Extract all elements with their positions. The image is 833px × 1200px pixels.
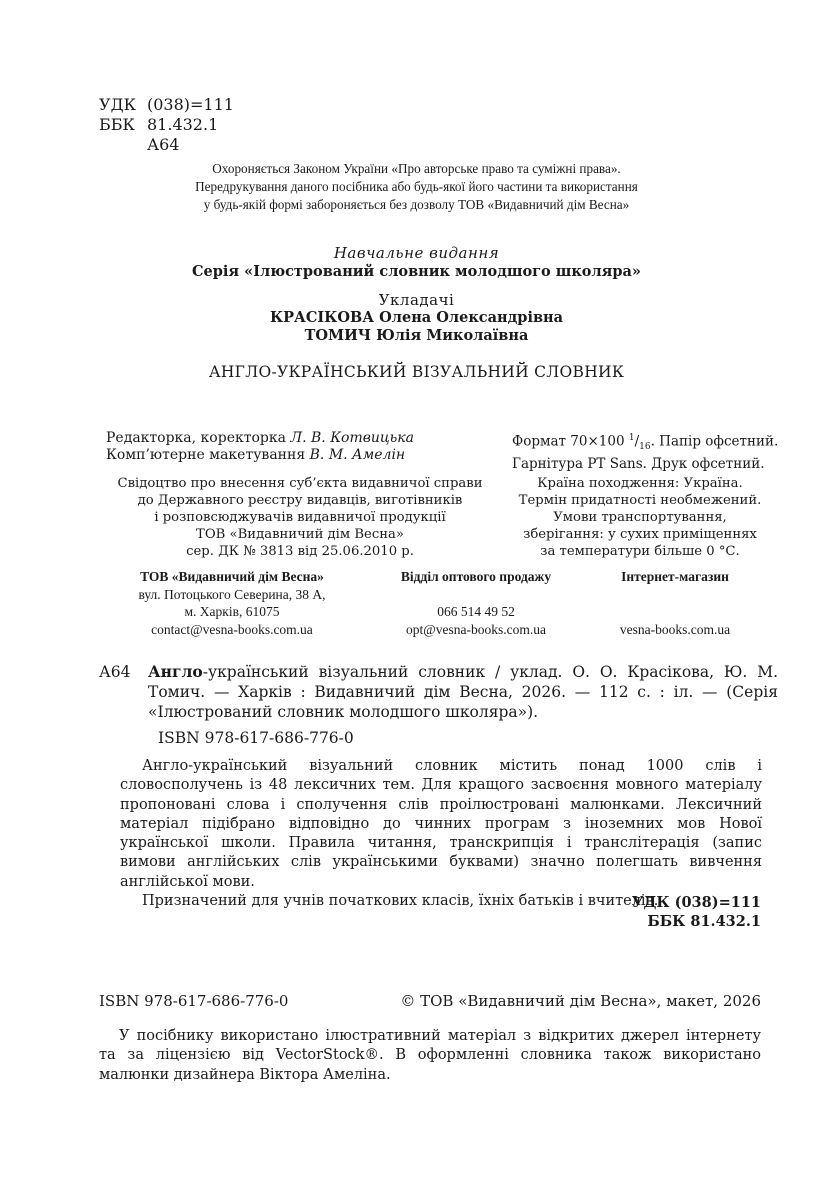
notice-line: Передрукування даного посібника або будь… — [0, 178, 833, 196]
abstract-paragraph: Англо-український візуальний словник міс… — [120, 757, 762, 892]
isbn: ISBN 978-617-686-776-0 — [158, 728, 354, 748]
fraction-numerator: 1 — [629, 433, 635, 443]
classification-bottom: УДК (038)=111 ББК 81.432.1 — [632, 893, 761, 931]
footer-copyright: © ТОВ «Видавничий дім Весна», макет, 202… — [400, 991, 761, 1011]
footer-isbn: ISBN 978-617-686-776-0 — [99, 991, 288, 1011]
origin-line: за температури більше 0 °С. — [500, 543, 780, 560]
compilers-label: Укладачі — [0, 290, 833, 310]
copyright-notice: Охороняється Законом України «Про авторс… — [0, 160, 833, 214]
wholesale-email[interactable]: opt@vesna-books.com.ua — [376, 621, 576, 639]
notice-line: Охороняється Законом України «Про авторс… — [0, 160, 833, 178]
paper-type: . Папір офсетний. — [651, 434, 779, 450]
publisher-street: вул. Потоцького Северина, 38 А, — [112, 586, 352, 604]
udk-value: (038)=111 — [147, 95, 234, 114]
certificate-line: і розповсюджувачів видавничої продукції — [100, 509, 500, 526]
editor-label: Редакторка, коректорка — [106, 430, 286, 446]
certificate-line: сер. ДК № 3813 від 25.06.2010 р. — [100, 543, 500, 560]
layout-credit: Комп’ютерне макетування В. М. Амелін — [106, 447, 414, 464]
layout-label: Комп’ютерне макетування — [106, 447, 305, 463]
typeface-line: Гарнітура PT Sans. Друк офсетний. — [512, 456, 778, 473]
format-line: Формат 70×100 1/16. Папір офсетний. — [512, 430, 778, 456]
origin-line: Країна походження: Україна. — [500, 475, 780, 492]
notice-line: у будь-якій формі забороняється без дозв… — [0, 196, 833, 214]
publisher-contacts: ТОВ «Видавничий дім Весна» вул. Потоцько… — [112, 568, 352, 638]
bibliographic-code: А64 — [99, 662, 130, 682]
shop-url[interactable]: vesna-books.com.ua — [590, 621, 760, 639]
book-title: АНГЛО-УКРАЇНСЬКИЙ ВІЗУАЛЬНИЙ СЛОВНИК — [0, 362, 833, 382]
compiler-name: КРАСІКОВА Олена Олександрівна — [0, 308, 833, 327]
wholesale-phone[interactable]: 066 514 49 52 — [376, 603, 576, 621]
credits: Редакторка, коректорка Л. В. Котвицька К… — [106, 430, 414, 464]
bbk-label: ББК — [99, 115, 147, 135]
series-title: Серія «Ілюстрований словник молодшого шк… — [0, 262, 833, 282]
classification-codes: УДК(038)=111 ББК81.432.1 А64 — [99, 95, 234, 155]
compiler-name: ТОМИЧ Юлія Миколаївна — [0, 326, 833, 345]
shop-heading: Інтернет-магазин — [590, 568, 760, 586]
origin-info: Країна походження: Україна. Термін прида… — [500, 475, 780, 560]
print-format: Формат 70×100 1/16. Папір офсетний. Гарн… — [512, 430, 778, 473]
udk-bottom: УДК (038)=111 — [632, 893, 761, 912]
origin-line: Термін придатності необмежений. — [500, 492, 780, 509]
publisher-email[interactable]: contact@vesna-books.com.ua — [112, 621, 352, 639]
shop-contacts: Інтернет-магазин vesna-books.com.ua — [590, 568, 760, 638]
edition-type: Навчальне видання — [0, 243, 833, 263]
bibliographic-title-bold: Англо — [148, 662, 203, 681]
layout-name: В. М. Амелін — [310, 447, 406, 463]
certificate-line: до Державного реєстру видавців, виготівн… — [100, 492, 500, 509]
bibliographic-text: Англо-український візуальний словник / у… — [148, 662, 778, 722]
bbk-bottom: ББК 81.432.1 — [632, 912, 761, 931]
author-mark: А64 — [99, 135, 234, 155]
origin-line: зберігання: у сухих приміщеннях — [500, 526, 780, 543]
bbk-row: ББК81.432.1 — [99, 115, 234, 135]
bbk-value: 81.432.1 — [147, 115, 218, 134]
fraction-denominator: 16 — [639, 442, 650, 452]
publisher-city: м. Харків, 61075 — [112, 603, 352, 621]
abstract: Англо-український візуальний словник міс… — [120, 757, 762, 911]
wholesale-contacts: Відділ оптового продажу 066 514 49 52 op… — [376, 568, 576, 638]
publisher-heading: ТОВ «Видавничий дім Весна» — [112, 568, 352, 586]
bibliographic-description: -український візуальний словник / уклад.… — [148, 663, 778, 721]
udk-row: УДК(038)=111 — [99, 95, 234, 115]
origin-line: Умови транспортування, — [500, 509, 780, 526]
footer-note: У посібнику використано ілюстративний ма… — [99, 1027, 761, 1085]
editor-name: Л. В. Котвицька — [290, 430, 414, 446]
certificate-line: ТОВ «Видавничий дім Весна» — [100, 526, 500, 543]
udk-label: УДК — [99, 95, 147, 115]
footer-note-text: У посібнику використано ілюстративний ма… — [99, 1027, 761, 1085]
certificate-line: Свідоцтво про внесення суб’єкта видавнич… — [100, 475, 500, 492]
format-size: Формат 70×100 — [512, 434, 625, 450]
publisher-certificate: Свідоцтво про внесення суб’єкта видавнич… — [100, 475, 500, 560]
wholesale-heading: Відділ оптового продажу — [376, 568, 576, 586]
editor-credit: Редакторка, коректорка Л. В. Котвицька — [106, 430, 414, 447]
